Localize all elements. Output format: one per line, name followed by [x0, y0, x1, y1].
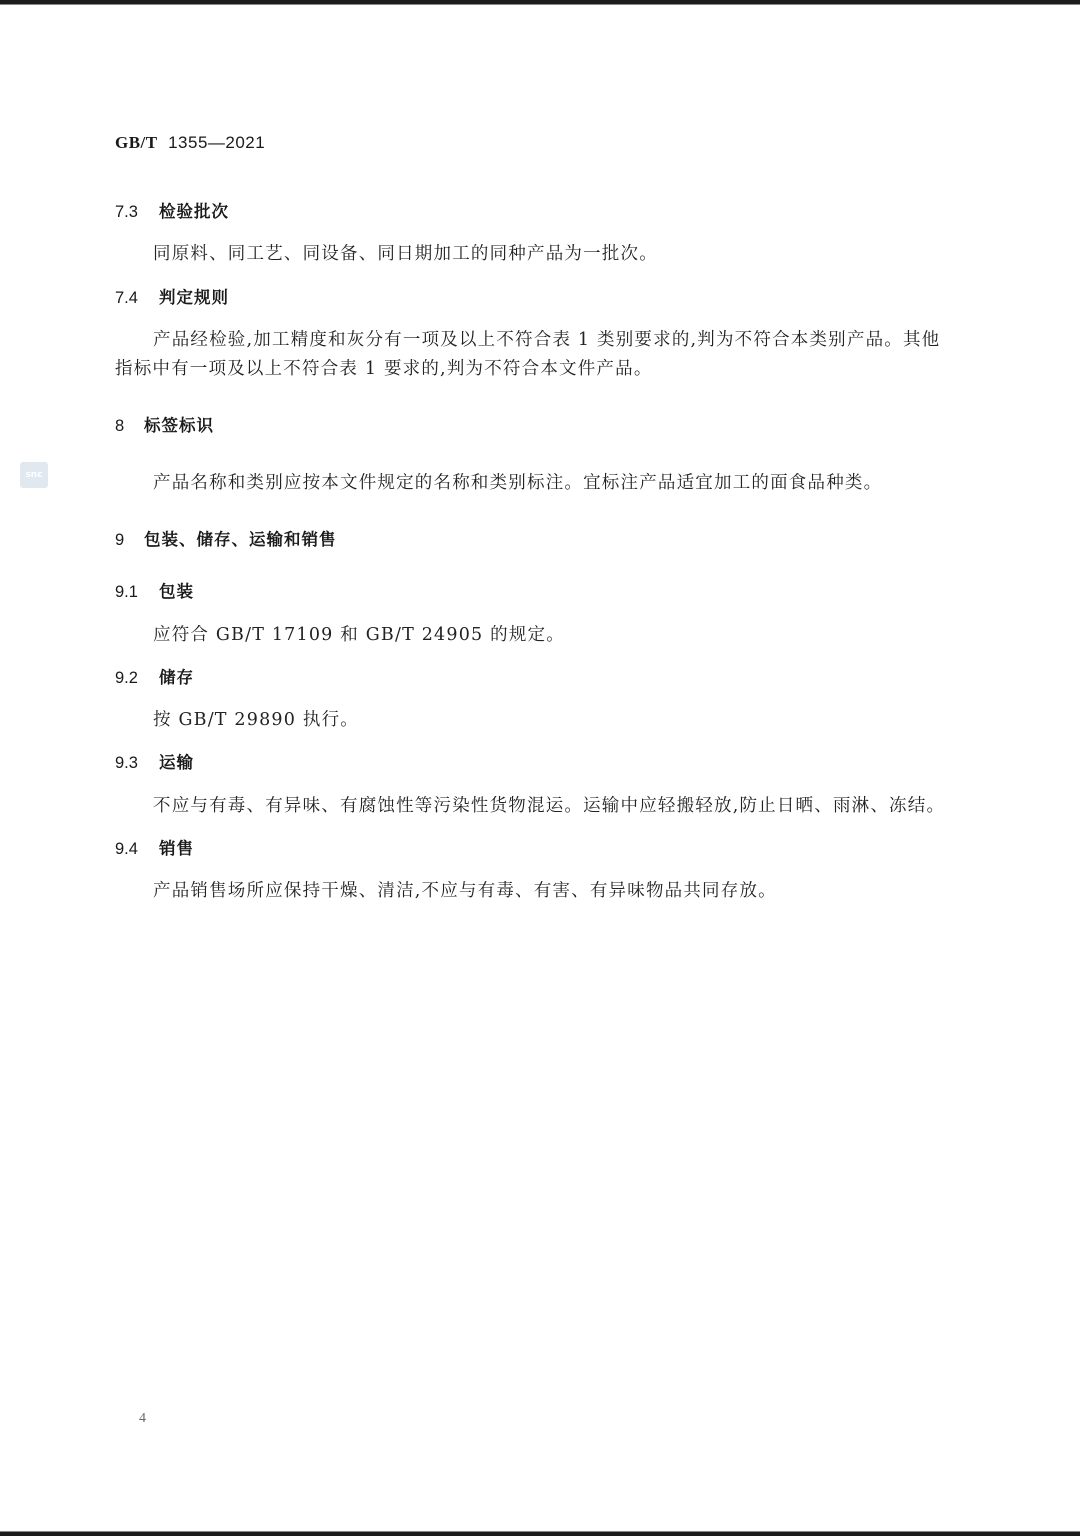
standard-number: 1355—2021	[168, 133, 265, 152]
section-9-4-body: 产品销售场所应保持干燥、清洁,不应与有毒、有害、有异味物品共同存放。	[153, 877, 777, 902]
section-7-4-body-line2: 指标中有一项及以上不符合表 1 要求的,判为不符合本文件产品。	[115, 355, 653, 380]
section-number: 9.3	[115, 754, 159, 773]
section-9-4-heading: 9.4销售	[115, 835, 194, 859]
standard-id: GB/T	[115, 133, 158, 152]
section-title: 储存	[159, 668, 194, 687]
section-number: 9.4	[115, 840, 159, 859]
section-9-heading: 9包装、储存、运输和销售	[115, 526, 337, 550]
section-title: 运输	[159, 753, 194, 772]
section-9-3-heading: 9.3运输	[115, 749, 194, 773]
section-title: 判定规则	[159, 288, 229, 307]
section-7-4-heading: 7.4判定规则	[115, 284, 229, 308]
section-9-1-heading: 9.1包装	[115, 578, 194, 602]
section-7-3-body: 同原料、同工艺、同设备、同日期加工的同种产品为一批次。	[153, 240, 658, 265]
section-7-3-heading: 7.3检验批次	[115, 198, 229, 222]
section-title: 包装	[159, 582, 194, 601]
section-title: 检验批次	[159, 202, 229, 221]
top-border-bar	[0, 0, 1080, 5]
section-7-4-body-line1: 产品经检验,加工精度和灰分有一项及以上不符合表 1 类别要求的,判为不符合本类别…	[153, 326, 940, 351]
section-number: 7.3	[115, 203, 159, 222]
section-8-heading: 8标签标识	[115, 412, 214, 436]
section-title: 销售	[159, 839, 194, 858]
standard-header: GB/T 1355—2021	[115, 133, 265, 153]
watermark-logo: snc	[20, 462, 48, 488]
section-number: 8	[115, 417, 144, 436]
section-number: 9	[115, 531, 144, 550]
section-9-2-heading: 9.2储存	[115, 664, 194, 688]
page-number: 4	[139, 1411, 146, 1427]
section-number: 9.1	[115, 583, 159, 602]
section-title: 标签标识	[144, 416, 214, 435]
bottom-border-bar	[0, 1531, 1080, 1536]
section-number: 7.4	[115, 289, 159, 308]
section-9-3-body: 不应与有毒、有异味、有腐蚀性等污染性货物混运。运输中应轻搬轻放,防止日晒、雨淋、…	[153, 792, 945, 817]
section-title: 包装、储存、运输和销售	[144, 530, 337, 549]
section-9-1-body: 应符合 GB/T 17109 和 GB/T 24905 的规定。	[153, 621, 565, 646]
section-8-body: 产品名称和类别应按本文件规定的名称和类别标注。宜标注产品适宜加工的面食品种类。	[153, 469, 882, 494]
section-number: 9.2	[115, 669, 159, 688]
section-9-2-body: 按 GB/T 29890 执行。	[153, 706, 359, 731]
